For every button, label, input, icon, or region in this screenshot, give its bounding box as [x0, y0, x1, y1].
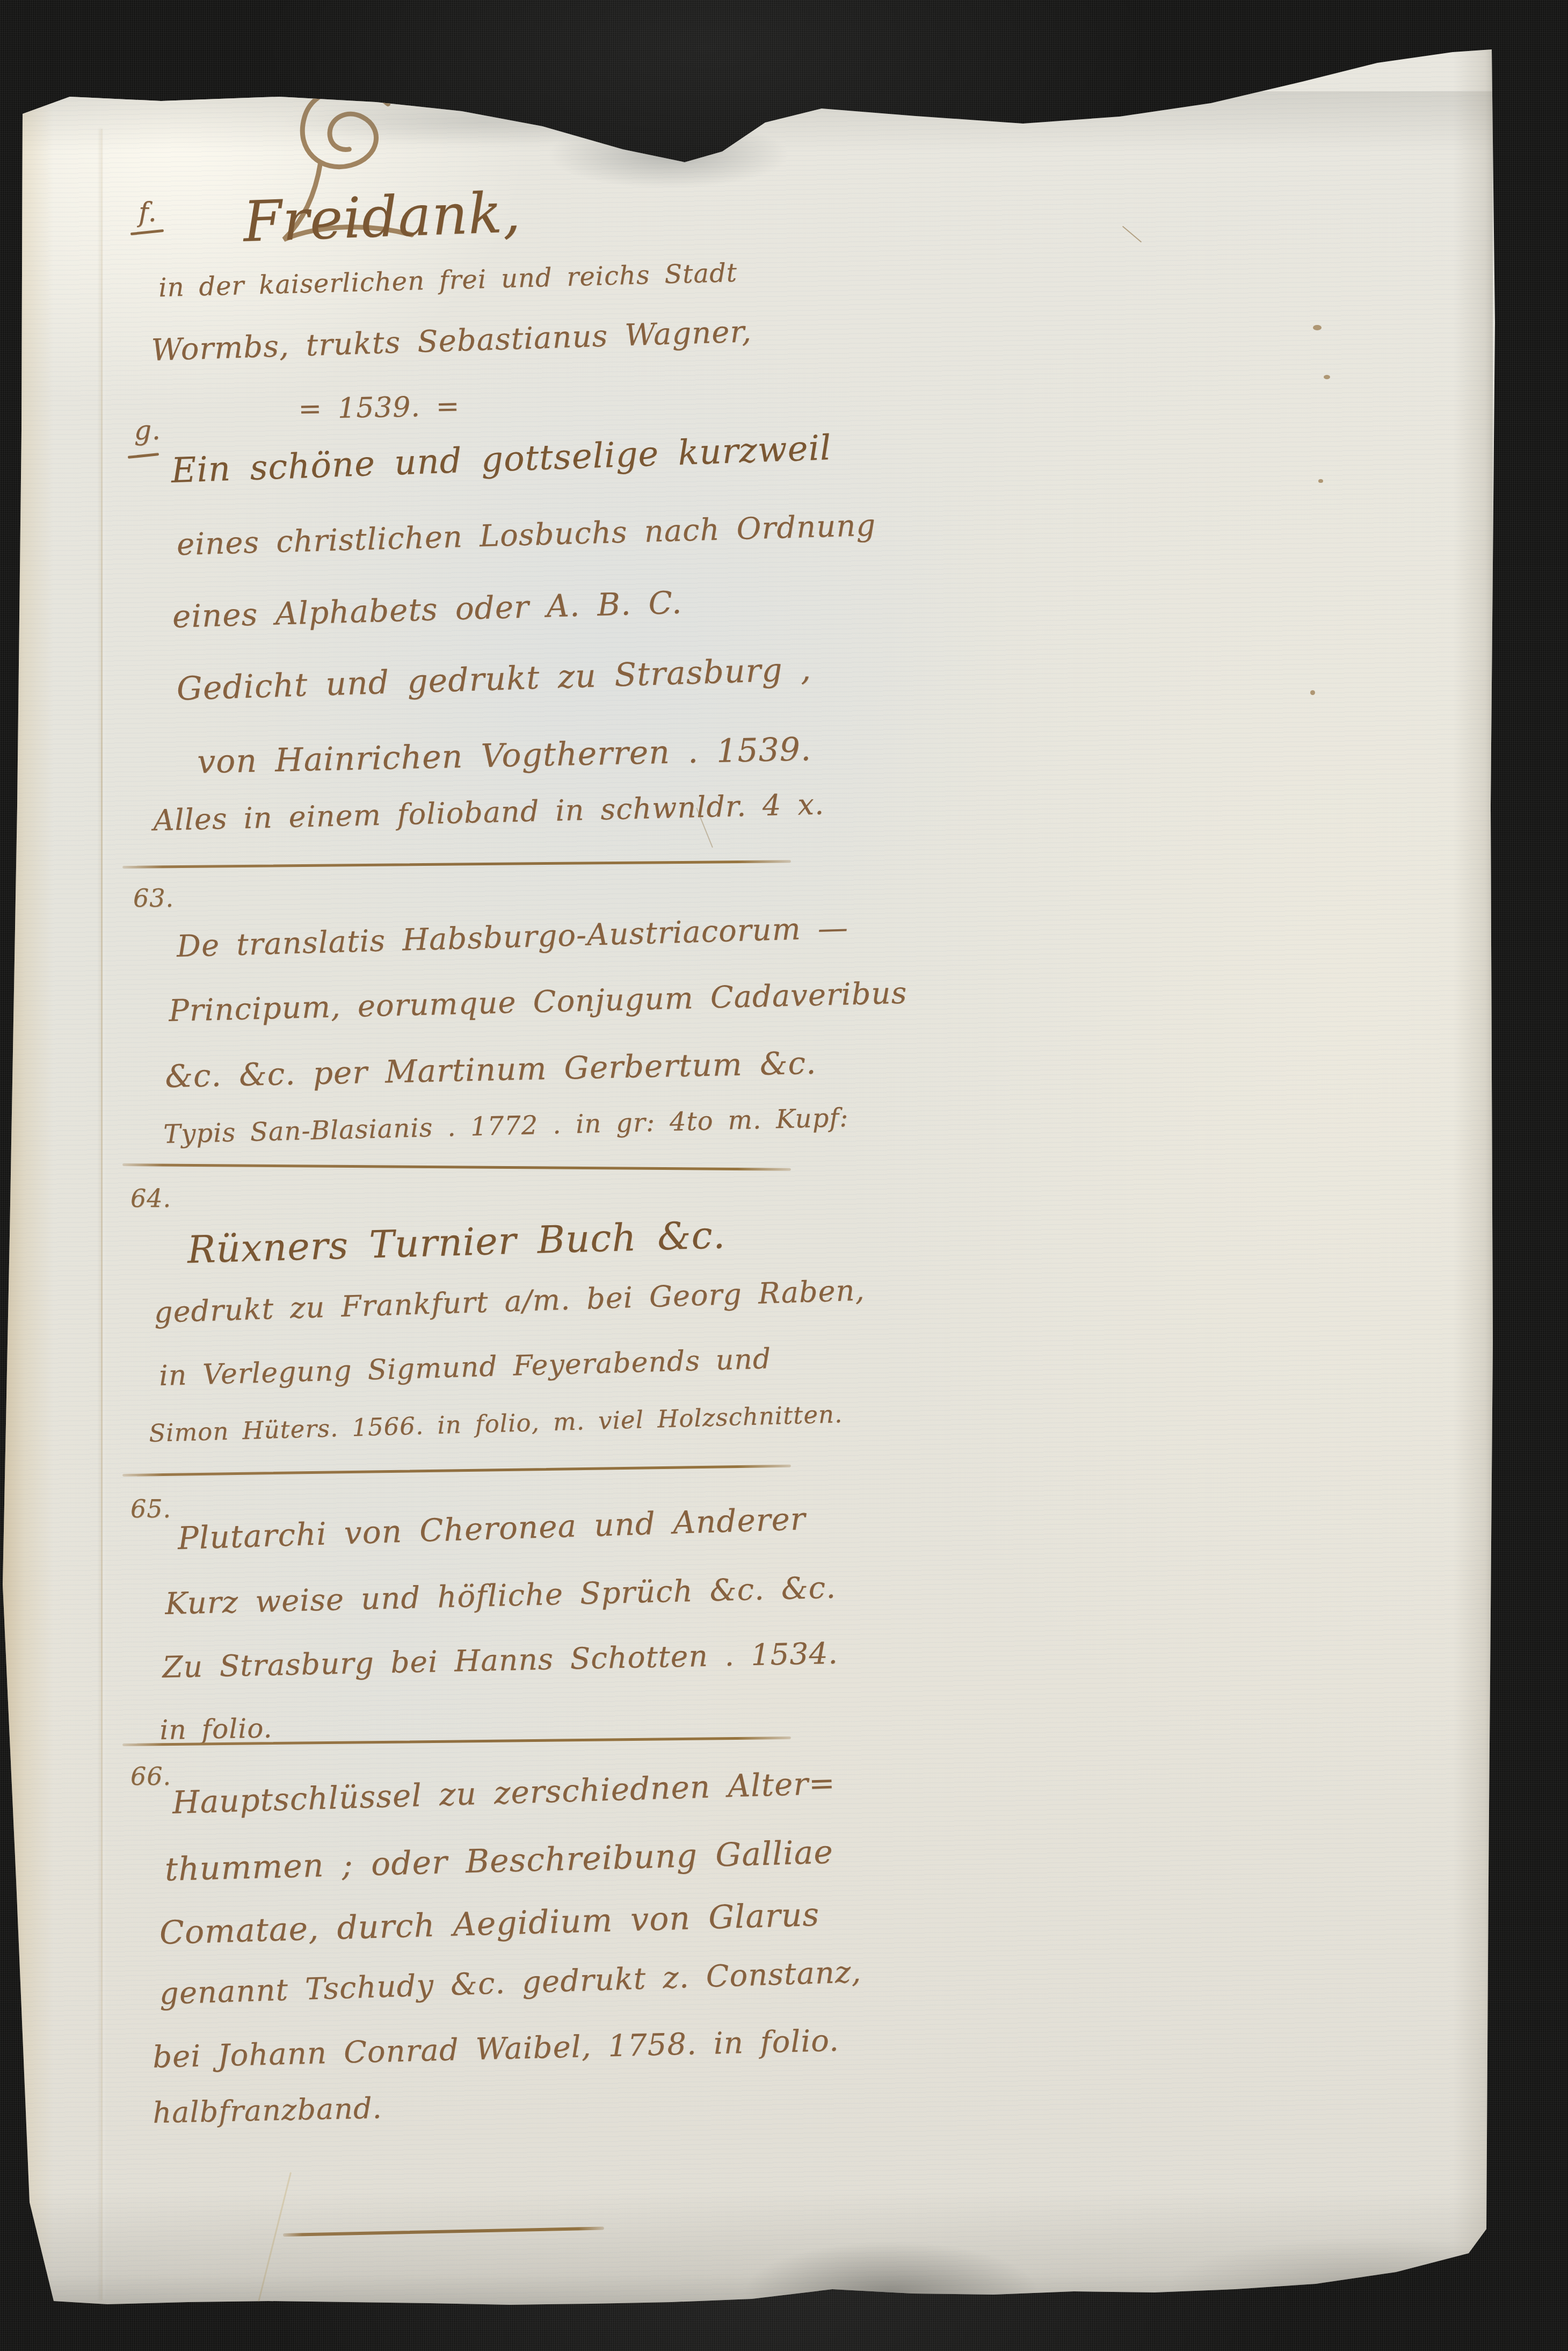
item-g-line-2: eines christlichen Losbuchs nach Ordnung	[176, 508, 876, 562]
entry-64-line-3: in Verlegung Sigmund Feyerabends und	[158, 1343, 772, 1392]
item-g-line-3: eines Alphabets oder A. B. C.	[172, 584, 683, 635]
entry-66-line-4: genannt Tschudy &c. gedrukt z. Constanz,	[159, 1955, 862, 2012]
entry-64-line-4: Simon Hüters. 1566. in folio, m. viel Ho…	[149, 1400, 843, 1448]
item-g-line-5: von Hainrichen Vogtherren . 1539.	[197, 730, 812, 781]
paper-fiber	[1122, 226, 1142, 242]
entry-65-line-1: Plutarchi von Cheronea und Anderer	[177, 1500, 807, 1557]
header-line-3: = 1539. =	[298, 390, 460, 425]
entry-66-number: 66.	[130, 1762, 171, 1791]
entry-separator-rule	[122, 1465, 791, 1477]
item-g-line-6: Alles in einem folioband in schwnldr. 4 …	[153, 787, 824, 837]
bottom-edge-shadow	[0, 2191, 1568, 2310]
entry-separator-rule	[122, 1163, 791, 1171]
right-edge-shadow	[1453, 48, 1493, 2303]
item-g-line-1: Ein schöne und gottselige kurzweil	[170, 428, 832, 491]
top-edge-shadow	[0, 91, 1568, 193]
entry-66-line-5: bei Johann Conrad Waibel, 1758. in folio…	[152, 2023, 839, 2075]
entry-64-line-2: gedrukt zu Frankfurt a/m. bei Georg Rabe…	[154, 1273, 865, 1329]
scanned-manuscript-photo: f. Freidank, in der kaiserlichen frei un…	[0, 0, 1568, 2351]
entry-separator-rule	[122, 860, 791, 869]
entry-65-number: 65.	[130, 1494, 171, 1523]
entry-66-line-6: halbfranzband.	[153, 2091, 383, 2130]
paper-speck	[1313, 325, 1322, 330]
entry-65-line-3: Zu Strasburg bei Hanns Schotten . 1534.	[162, 1636, 839, 1684]
entry-64-number: 64.	[130, 1184, 171, 1213]
entry-63-number: 63.	[133, 884, 174, 913]
entry-63-line-2: Principum, eorumque Conjugum Cadaveribus	[168, 975, 908, 1029]
entry-63-line-3: &c. &c. per Martinum Gerbertum &c.	[165, 1045, 817, 1095]
paper-speck	[1318, 479, 1323, 483]
item-g-line-4: Gedicht und gedrukt zu Strasburg ,	[176, 650, 812, 708]
fold-crease	[101, 129, 103, 2300]
header-line-1: in der kaiserlichen frei und reichs Stad…	[158, 258, 738, 303]
entry-64-line-1: Rüxners Turnier Buch &c.	[187, 1213, 726, 1272]
entry-66-line-2: thummen ; oder Beschreibung Galliae	[164, 1833, 833, 1889]
manuscript-page: f. Freidank, in der kaiserlichen frei un…	[0, 0, 1568, 2351]
header-line-2: Wormbs, trukts Sebastianus Wagner,	[151, 314, 752, 368]
margin-mark-f-underline	[130, 229, 164, 235]
margin-mark-g-underline	[128, 453, 159, 459]
entry-65-line-2: Kurz weise und höfliche Sprüch &c. &c.	[164, 1570, 836, 1622]
entry-65-line-4: in folio.	[159, 1712, 273, 1746]
margin-mark-f: f.	[139, 197, 157, 228]
corner-crease	[252, 2172, 292, 2324]
header-title: Freidank,	[242, 179, 522, 255]
entry-63-line-1: De translatis Habsburgo-Austriacorum —	[176, 910, 848, 964]
page-edge-strip	[0, 97, 54, 2308]
paper-speck	[1324, 375, 1330, 379]
margin-mark-g: g.	[134, 415, 161, 446]
entry-66-line-3: Comatae, durch Aegidium von Glarus	[159, 1896, 820, 1952]
closing-rule	[283, 2226, 604, 2237]
entry-63-line-4: Typis San-Blasianis . 1772 . in gr: 4to …	[163, 1103, 849, 1149]
entry-66-line-1: Hauptschlüssel zu zerschiednen Alter=	[172, 1764, 836, 1821]
paper-speck	[1310, 690, 1315, 695]
